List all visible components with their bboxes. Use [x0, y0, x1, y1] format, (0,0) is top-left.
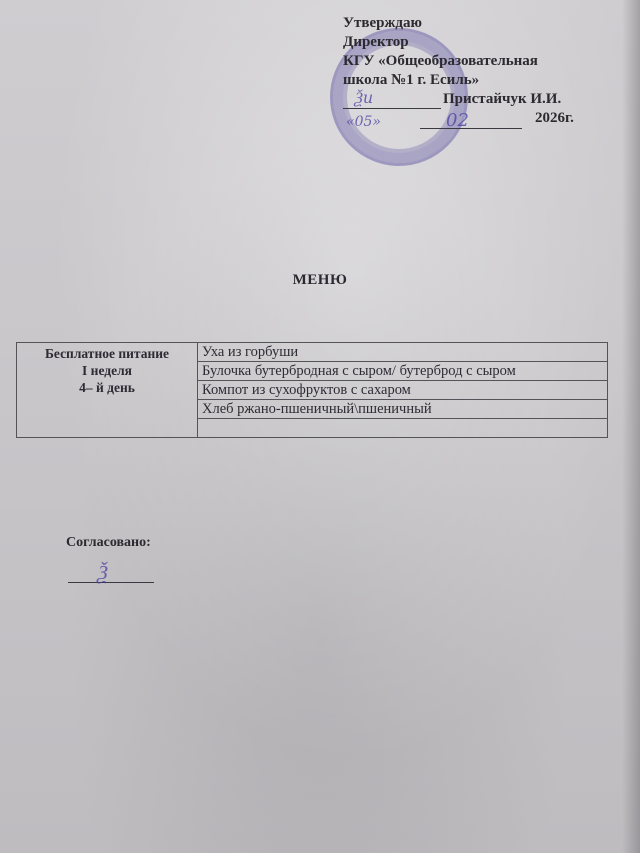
- menu-week: I неделя: [19, 362, 195, 379]
- page-title: МЕНЮ: [0, 272, 640, 289]
- agreed-label: Согласовано:: [66, 535, 151, 551]
- approval-signatory: Пристайчук И.И.: [343, 90, 623, 109]
- paper-edge-shadow: [622, 0, 640, 853]
- date-month: 02: [446, 110, 469, 131]
- menu-day: 4– й день: [19, 379, 195, 396]
- menu-item: Компот из сухофруктов с сахаром: [198, 381, 608, 400]
- date-day: «05»: [346, 114, 381, 130]
- director-signature-line: [343, 108, 441, 109]
- table-row: Бесплатное питание I неделя 4– й день Ух…: [17, 343, 608, 362]
- date-month-line: [420, 128, 522, 129]
- menu-item: Булочка бутербродная с сыром/ бутерброд …: [198, 362, 608, 381]
- menu-category: Бесплатное питание: [19, 345, 195, 362]
- agreed-signature-line: [68, 582, 154, 583]
- approval-organization: КГУ «Общеобразовательная: [343, 52, 623, 71]
- approval-heading: Утверждаю: [343, 14, 623, 33]
- menu-item: Уха из горбуши: [198, 343, 608, 362]
- agreed-signature: Ѯ: [98, 560, 108, 585]
- menu-item: Хлеб ржано-пшеничный\пшеничный: [198, 400, 608, 419]
- menu-table: Бесплатное питание I неделя 4– й день Ух…: [16, 342, 608, 438]
- menu-item: [198, 419, 608, 438]
- approval-date-year: 2026г.: [343, 109, 623, 128]
- approval-block: Утверждаю Директор КГУ «Общеобразователь…: [343, 14, 623, 128]
- approval-position: Директор: [343, 33, 623, 52]
- director-signature: Ѯи: [355, 88, 373, 108]
- menu-category-cell: Бесплатное питание I неделя 4– й день: [17, 343, 198, 438]
- approval-organization-cont: школа №1 г. Есиль»: [343, 71, 623, 90]
